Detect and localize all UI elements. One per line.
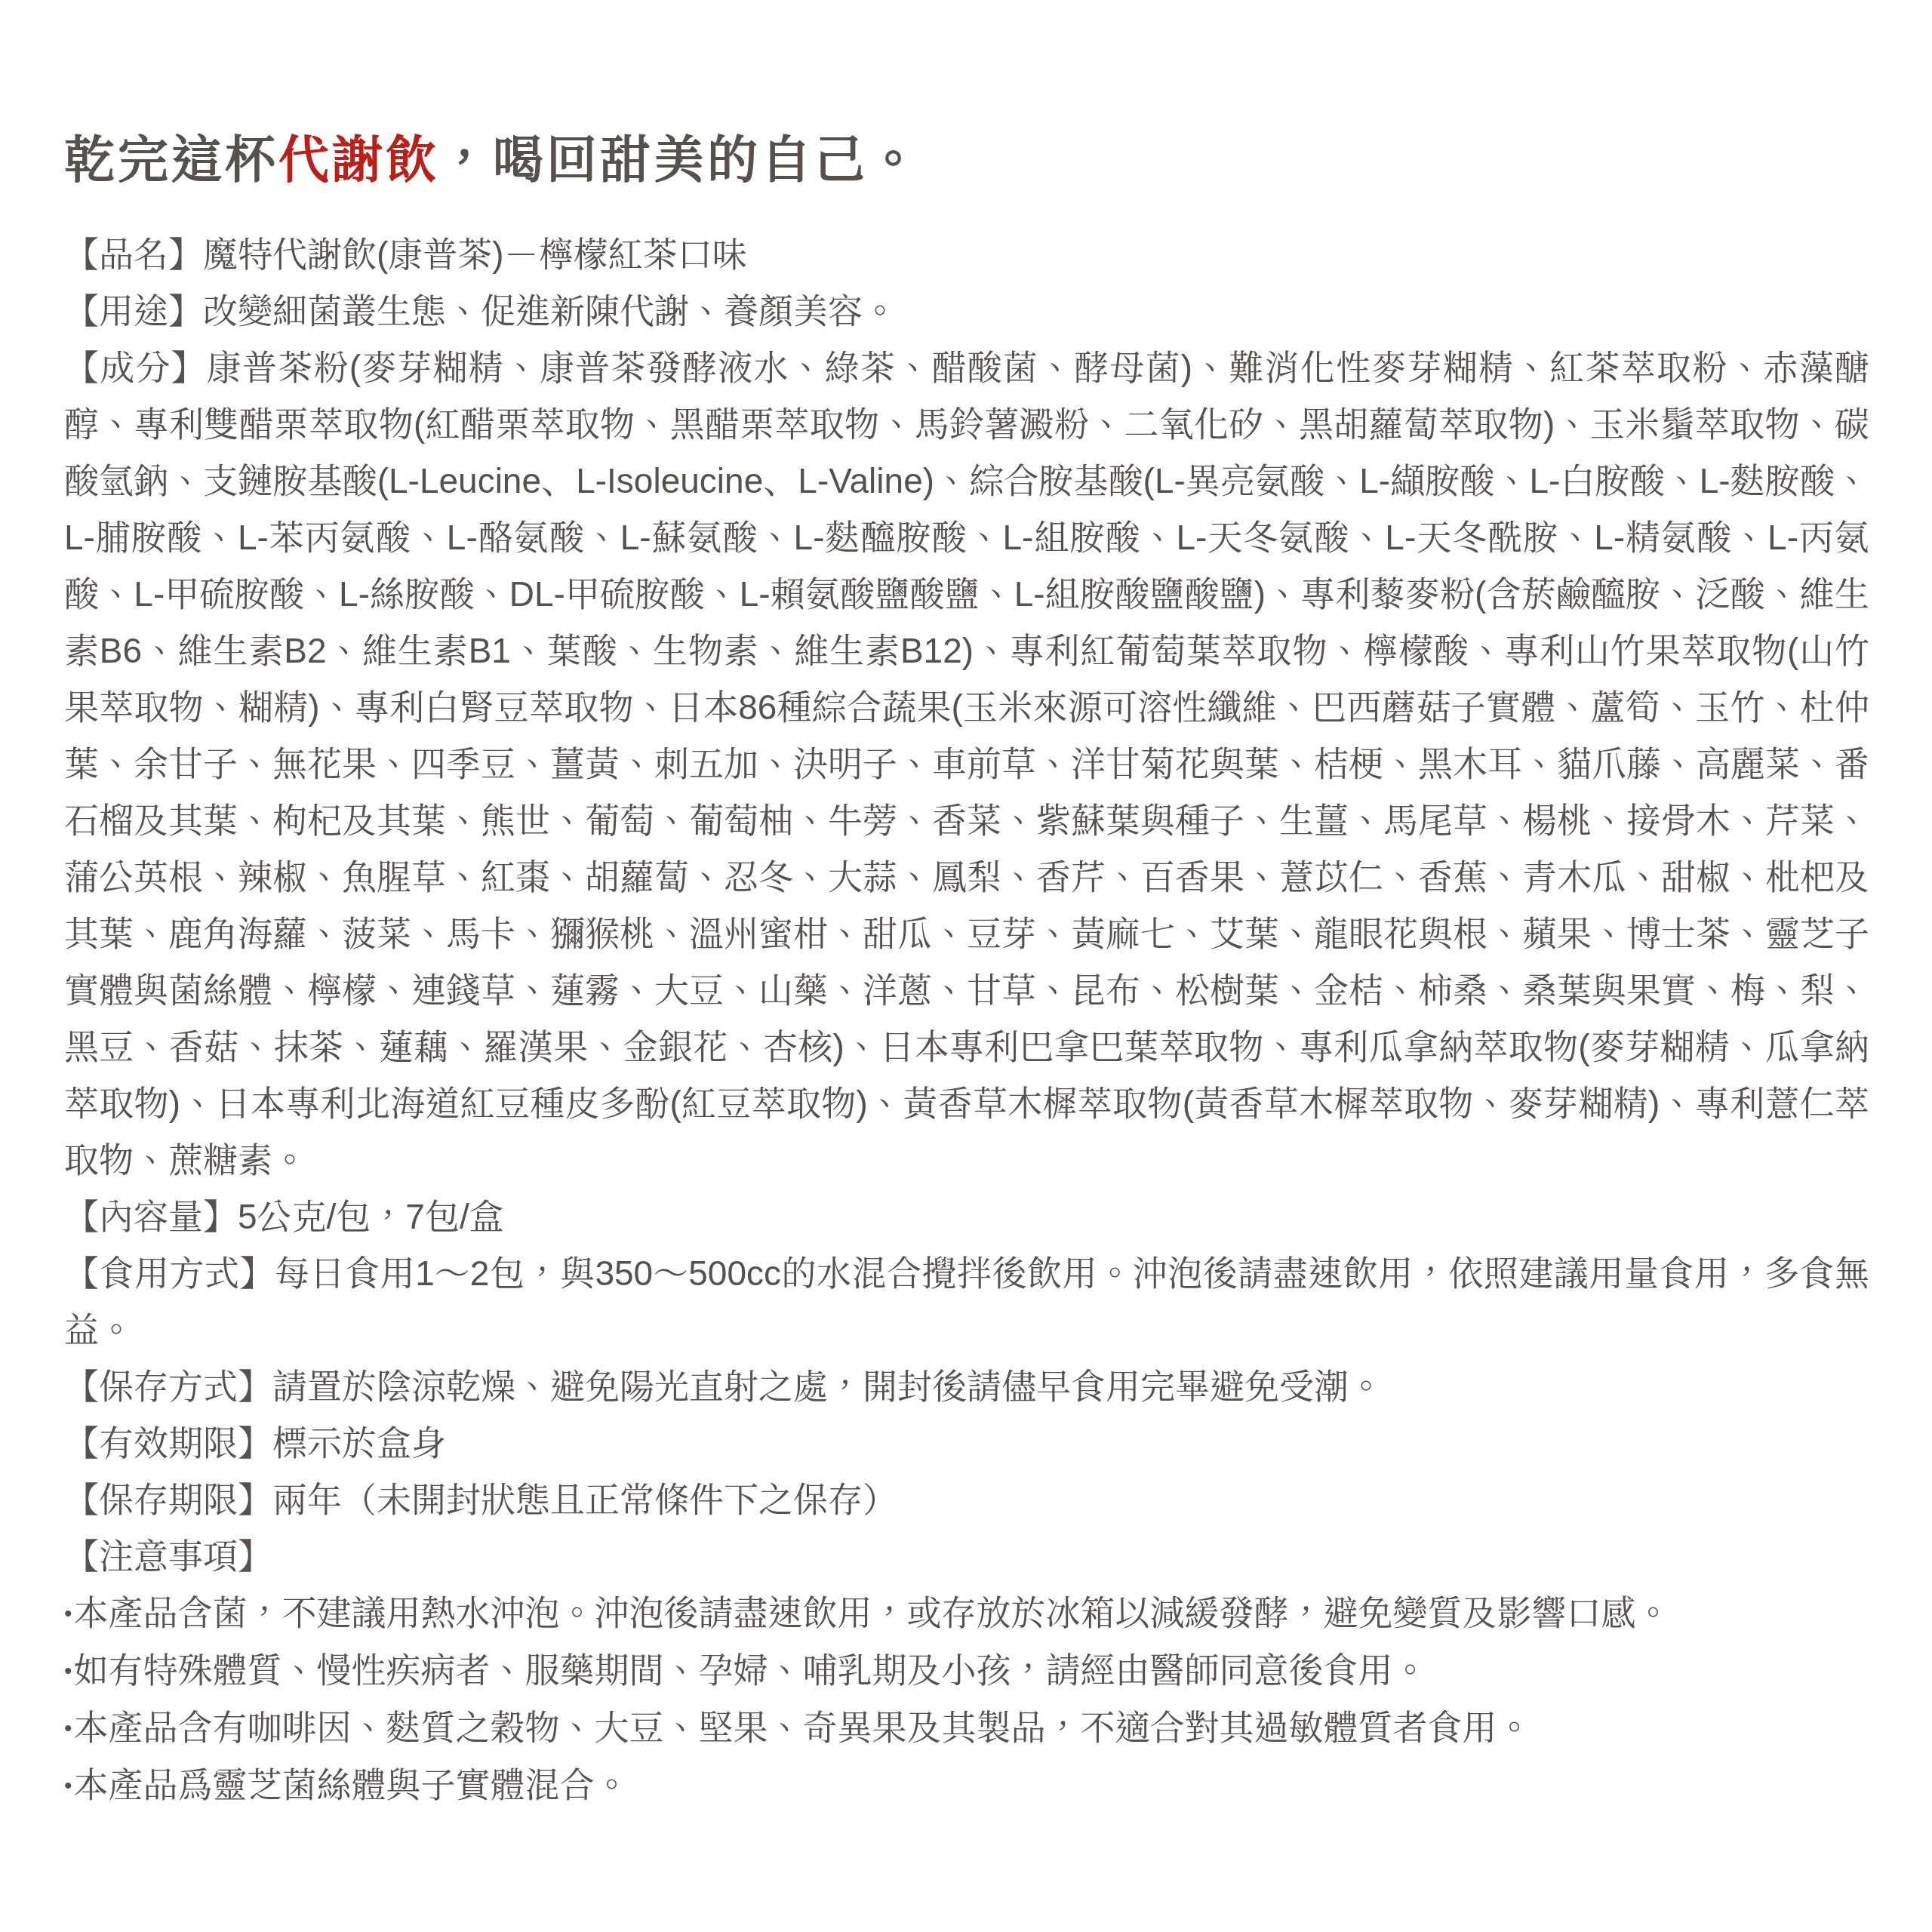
section-text: 魔特代謝飲(康普茶)－檸檬紅茶口味 <box>203 235 747 274</box>
section-product-name: 【品名】魔特代謝飲(康普茶)－檸檬紅茶口味 <box>64 226 1869 283</box>
notice-item-text: 本產品爲靈芝菌絲體與子實體混合。 <box>74 1765 629 1804</box>
section-label: 【品名】 <box>64 235 203 274</box>
notice-item: •如有特殊體質、慢性疾病者、服藥期間、孕婦、哺乳期及小孩，請經由醫師同意後食用。 <box>64 1642 1869 1700</box>
notice-item-text: 如有特殊體質、慢性疾病者、服藥期間、孕婦、哺乳期及小孩，請經由醫師同意後食用。 <box>74 1651 1428 1690</box>
section-label: 【保存方式】 <box>64 1367 272 1406</box>
title-pre-text: 乾完這杯 <box>64 132 278 189</box>
section-label: 【注意事項】 <box>64 1537 272 1576</box>
title-post-text: ，喝回甜美的自己。 <box>439 132 921 189</box>
section-shelf-life: 【保存期限】兩年（未開封狀態且正常條件下之保存） <box>64 1472 1869 1528</box>
section-label: 【食用方式】 <box>64 1254 275 1293</box>
product-info-text: 【品名】魔特代謝飲(康普茶)－檸檬紅茶口味 【用途】改變細菌叢生態、促進新陳代謝… <box>64 226 1869 1814</box>
section-ingredients: 【成分】康普茶粉(麥芽糊精、康普茶發酵液水、綠茶、醋酸菌、酵母菌)、難消化性麥芽… <box>64 340 1869 1189</box>
section-text: 康普茶粉(麥芽糊精、康普茶發酵液水、綠茶、醋酸菌、酵母菌)、難消化性麥芽糊精、紅… <box>64 348 1869 1180</box>
section-text: 5公克/包，7包/盒 <box>238 1197 504 1236</box>
section-precautions-label: 【注意事項】 <box>64 1528 1869 1585</box>
section-label: 【成分】 <box>64 348 207 387</box>
notice-item: •本產品含有咖啡因、麩質之穀物、大豆、堅果、奇異果及其製品，不適合對其過敏體質者… <box>64 1700 1869 1757</box>
section-text: 兩年（未開封狀態且正常條件下之保存） <box>272 1480 897 1519</box>
bullet-icon: • <box>64 1586 72 1642</box>
bullet-icon: • <box>64 1700 72 1757</box>
bullet-icon: • <box>64 1758 72 1814</box>
section-text: 標示於盒身 <box>272 1423 446 1463</box>
section-label: 【內容量】 <box>64 1197 238 1236</box>
section-usage: 【用途】改變細菌叢生態、促進新陳代謝、養顏美容。 <box>64 283 1869 340</box>
notice-item: •本產品爲靈芝菌絲體與子實體混合。 <box>64 1757 1869 1814</box>
section-label: 【用途】 <box>64 291 203 331</box>
section-text: 每日食用1～2包，與350～500cc的水混合攪拌後飲用。沖泡後請盡速飲用，依照… <box>64 1254 1869 1349</box>
section-label: 【有效期限】 <box>64 1423 272 1463</box>
bullet-icon: • <box>64 1643 72 1700</box>
section-expiry-date: 【有效期限】標示於盒身 <box>64 1415 1869 1472</box>
section-label: 【保存期限】 <box>64 1480 272 1519</box>
section-serving-instructions: 【食用方式】每日食用1～2包，與350～500cc的水混合攪拌後飲用。沖泡後請盡… <box>64 1245 1869 1358</box>
section-text: 請置於陰涼乾燥、避免陽光直射之處，開封後請儘早食用完畢避免受潮。 <box>272 1367 1383 1406</box>
notice-item: •本產品含菌，不建議用熱水沖泡。沖泡後請盡速飲用，或存放於冰箱以減緩發酵，避免變… <box>64 1585 1869 1642</box>
notice-item-text: 本產品含菌，不建議用熱水沖泡。沖泡後請盡速飲用，或存放於冰箱以減緩發酵，避免變質… <box>74 1593 1671 1632</box>
notice-item-text: 本產品含有咖啡因、麩質之穀物、大豆、堅果、奇異果及其製品，不適合對其過敏體質者食… <box>74 1708 1532 1747</box>
product-description-page: 乾完這杯代謝飲，喝回甜美的自己。 【品名】魔特代謝飲(康普茶)－檸檬紅茶口味 【… <box>0 0 1932 1932</box>
section-text: 改變細菌叢生態、促進新陳代謝、養顏美容。 <box>203 291 897 331</box>
section-net-content: 【內容量】5公克/包，7包/盒 <box>64 1189 1869 1245</box>
title-highlight-text: 代謝飲 <box>278 132 439 189</box>
section-storage-method: 【保存方式】請置於陰涼乾燥、避免陽光直射之處，開封後請儘早食用完畢避免受潮。 <box>64 1358 1869 1415</box>
page-title: 乾完這杯代謝飲，喝回甜美的自己。 <box>64 126 921 195</box>
